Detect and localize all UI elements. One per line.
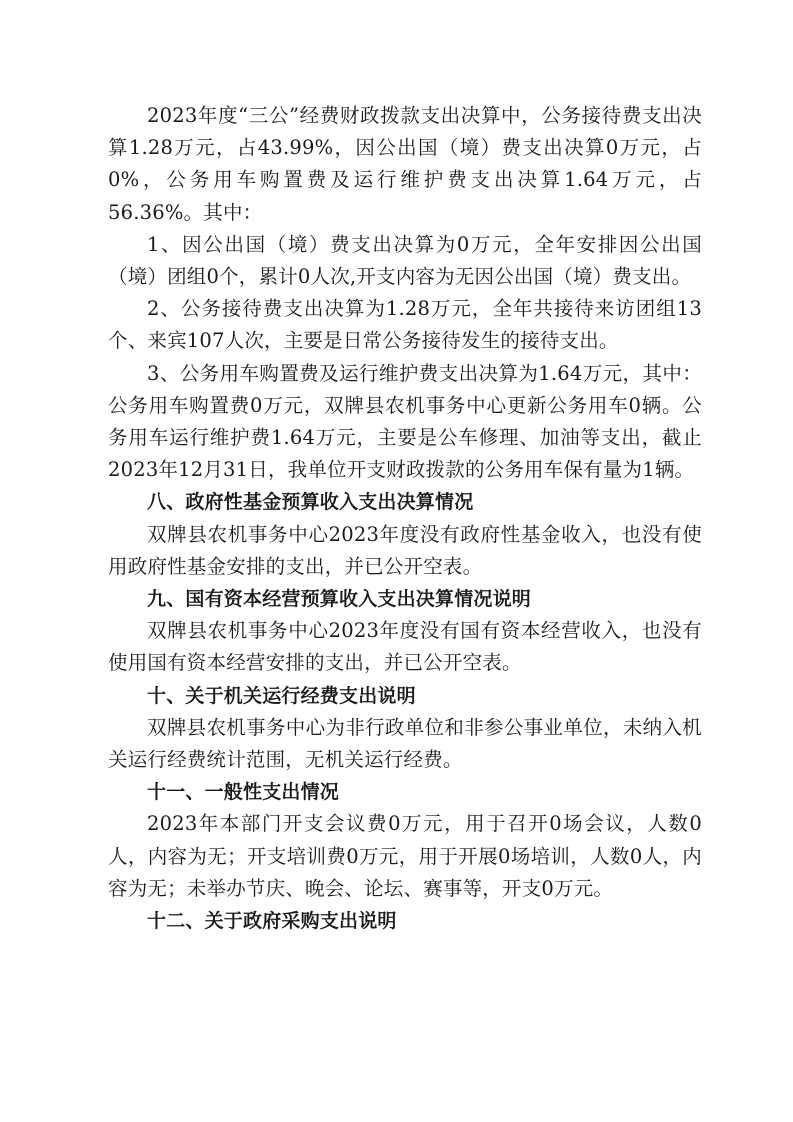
heading-section-9: 九、国有资本经营预算收入支出决算情况说明 — [108, 583, 702, 615]
paragraph-reception-expense: 2、公务接待费支出决算为1.28万元，全年共接待来访团组13个、来宾107人次，… — [108, 293, 702, 357]
paragraph-gov-fund: 双牌县农机事务中心2023年度没有政府性基金收入，也没有使用政府性基金安排的支出… — [108, 519, 702, 583]
heading-section-8: 八、政府性基金预算收入支出决算情况 — [108, 486, 702, 518]
paragraph-sangong-summary: 2023年度“三公”经费财政拨款支出决算中，公务接待费支出决算1.28万元，占4… — [108, 100, 702, 229]
document-page: 2023年度“三公”经费财政拨款支出决算中，公务接待费支出决算1.28万元，占4… — [108, 100, 702, 937]
paragraph-vehicle-expense: 3、公务用车购置费及运行维护费支出决算为1.64万元，其中：公务用车购置费0万元… — [108, 358, 702, 487]
heading-section-12: 十二、关于政府采购支出说明 — [108, 905, 702, 937]
paragraph-overseas-expense: 1、因公出国（境）费支出决算为0万元，全年安排因公出国（境）团组0个，累计0人次… — [108, 229, 702, 293]
paragraph-operating-expense: 双牌县农机事务中心为非行政单位和非参公事业单位，未纳入机关运行经费统计范围，无机… — [108, 712, 702, 776]
heading-section-11: 十一、一般性支出情况 — [108, 776, 702, 808]
paragraph-general-expense: 2023年本部门开支会议费0万元，用于召开0场会议，人数0人，内容为无；开支培训… — [108, 808, 702, 905]
paragraph-state-capital: 双牌县农机事务中心2023年度没有国有资本经营收入，也没有使用国有资本经营安排的… — [108, 615, 702, 679]
heading-section-10: 十、关于机关运行经费支出说明 — [108, 680, 702, 712]
